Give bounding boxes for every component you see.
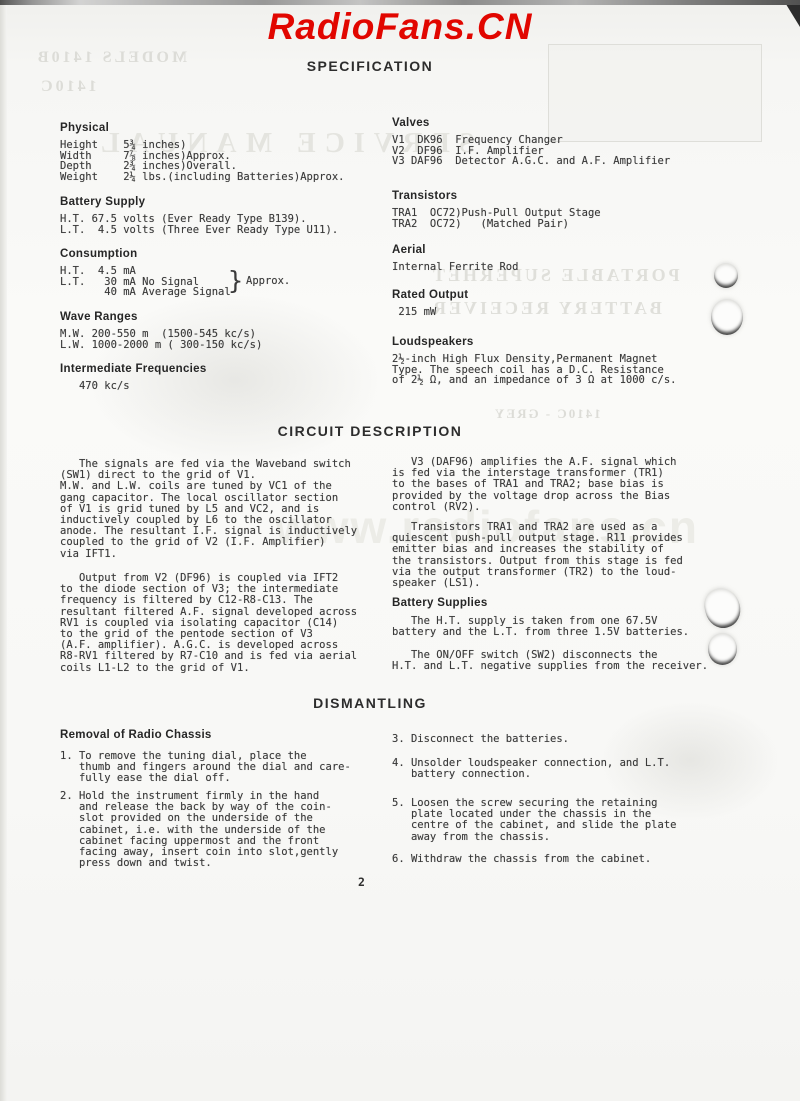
step-text: 1. To remove the tuning dial, place the … (60, 751, 394, 785)
physical-values: Height 5¾ inches) Width 7⅞ inches)Approx… (60, 140, 390, 182)
consumption-heading: Consumption (60, 248, 390, 260)
dismantling-step-3: 3. Disconnect the batteries. (392, 734, 732, 745)
specification-title: SPECIFICATION (30, 58, 710, 74)
spec-rated-output-block: Rated Output 215 mW (392, 289, 752, 318)
circuit-right-paragraph-1: V3 (DAF96) amplifies the A.F. signal whi… (392, 457, 732, 513)
circuit-description-title: CIRCUIT DESCRIPTION (30, 423, 710, 439)
valves-list: V1 DK96 Frequency Changer V2 DF96 I.F. A… (392, 135, 752, 167)
ghost-models-line2: 1410C (38, 78, 97, 96)
step-text: 4. Unsolder loudspeaker connection, and … (392, 758, 732, 780)
battery-supplies-heading: Battery Supplies (392, 597, 732, 609)
battery-supplies-paragraph-2: The ON/OFF switch (SW2) disconnects the … (392, 650, 732, 672)
ghost-model-grey: 1410C - GREY (493, 406, 601, 422)
transistors-list: TRA1 OC72)Push-Pull Output Stage TRA2 OC… (392, 208, 752, 229)
step-text: 3. Disconnect the batteries. (392, 734, 732, 745)
spec-battery-supply-block: Battery Supply H.T. 67.5 volts (Ever Rea… (60, 196, 390, 235)
paragraph-text: V3 (DAF96) amplifies the A.F. signal whi… (392, 457, 732, 513)
punch-hole (711, 299, 743, 335)
spec-aerial-block: Aerial Internal Ferrite Rod (392, 244, 752, 273)
rated-output-heading: Rated Output (392, 289, 752, 301)
paragraph-text: Output from V2 (DF96) is coupled via IFT… (60, 573, 394, 674)
loudspeakers-heading: Loudspeakers (392, 336, 752, 348)
spec-loudspeakers-block: Loudspeakers 2½-inch High Flux Density,P… (392, 336, 752, 386)
spec-if-block: Intermediate Frequencies 470 kc/s (60, 363, 390, 392)
dismantling-title: DISMANTLING (30, 695, 710, 711)
spec-physical-block: Physical Height 5¾ inches) Width 7⅞ inch… (60, 122, 390, 182)
circuit-left-paragraph-1: The signals are fed via the Waveband swi… (60, 459, 394, 560)
paragraph-text: The H.T. supply is taken from one 67.5V … (392, 616, 732, 638)
punch-hole (714, 263, 738, 288)
loudspeakers-description: 2½-inch High Flux Density,Permanent Magn… (392, 354, 752, 386)
battery-supply-values: H.T. 67.5 volts (Ever Ready Type B139). … (60, 214, 390, 235)
scanned-manual-page: MODELS 1410B 1410C SERVICE MANUAL PORTAB… (0, 0, 800, 1101)
dismantling-step-5: 5. Loosen the screw securing the retaini… (392, 798, 732, 843)
paragraph-text: The ON/OFF switch (SW2) disconnects the … (392, 650, 732, 672)
page-number: 2 (358, 875, 365, 889)
rated-output-value: 215 mW (392, 307, 752, 318)
wave-ranges-values: M.W. 200-550 m (1500-545 kc/s) L.W. 1000… (60, 329, 390, 350)
scan-edge-strip (0, 0, 800, 5)
brand-watermark-title: RadioFans.CN (0, 6, 800, 48)
intermediate-frequencies-value: 470 kc/s (60, 381, 390, 392)
step-text: 2. Hold the instrument firmly in the han… (60, 791, 394, 869)
consumption-brace: } (228, 266, 243, 295)
step-text: 5. Loosen the screw securing the retaini… (392, 798, 732, 843)
consumption-values: H.T. 4.5 mA L.T. 30 mA No Signal 40 mA A… (60, 266, 390, 298)
consumption-approx-note: Approx. (246, 275, 290, 287)
battery-supplies-paragraph-1: The H.T. supply is taken from one 67.5V … (392, 616, 732, 638)
paragraph-text: Transistors TRA1 and TRA2 are used as a … (392, 522, 732, 589)
dismantling-step-1: 1. To remove the tuning dial, place the … (60, 751, 394, 785)
paragraph-text: The signals are fed via the Waveband swi… (60, 459, 394, 560)
wave-ranges-heading: Wave Ranges (60, 311, 390, 323)
step-text: 6. Withdraw the chassis from the cabinet… (392, 854, 732, 865)
dismantling-step-4: 4. Unsolder loudspeaker connection, and … (392, 758, 732, 780)
intermediate-frequencies-heading: Intermediate Frequencies (60, 363, 390, 375)
page-edge-shading (0, 0, 7, 1101)
battery-supply-heading: Battery Supply (60, 196, 390, 208)
punch-hole (708, 633, 737, 665)
aerial-heading: Aerial (392, 244, 752, 256)
spec-transistors-block: Transistors TRA1 OC72)Push-Pull Output S… (392, 190, 752, 229)
removal-of-radio-chassis-block: Removal of Radio Chassis (60, 729, 394, 747)
battery-supplies-block: Battery Supplies (392, 597, 732, 615)
valves-heading: Valves (392, 117, 752, 129)
removal-subheading: Removal of Radio Chassis (60, 729, 394, 741)
spec-valves-block: Valves V1 DK96 Frequency Changer V2 DF96… (392, 117, 752, 167)
circuit-left-paragraph-2: Output from V2 (DF96) is coupled via IFT… (60, 573, 394, 674)
transistors-heading: Transistors (392, 190, 752, 202)
aerial-value: Internal Ferrite Rod (392, 262, 752, 273)
spec-consumption-block: Consumption H.T. 4.5 mA L.T. 30 mA No Si… (60, 248, 390, 298)
physical-heading: Physical (60, 122, 390, 134)
circuit-right-paragraph-2: Transistors TRA1 and TRA2 are used as a … (392, 522, 732, 589)
dismantling-step-6: 6. Withdraw the chassis from the cabinet… (392, 854, 732, 865)
spec-wave-ranges-block: Wave Ranges M.W. 200-550 m (1500-545 kc/… (60, 311, 390, 350)
dismantling-step-2: 2. Hold the instrument firmly in the han… (60, 791, 394, 869)
